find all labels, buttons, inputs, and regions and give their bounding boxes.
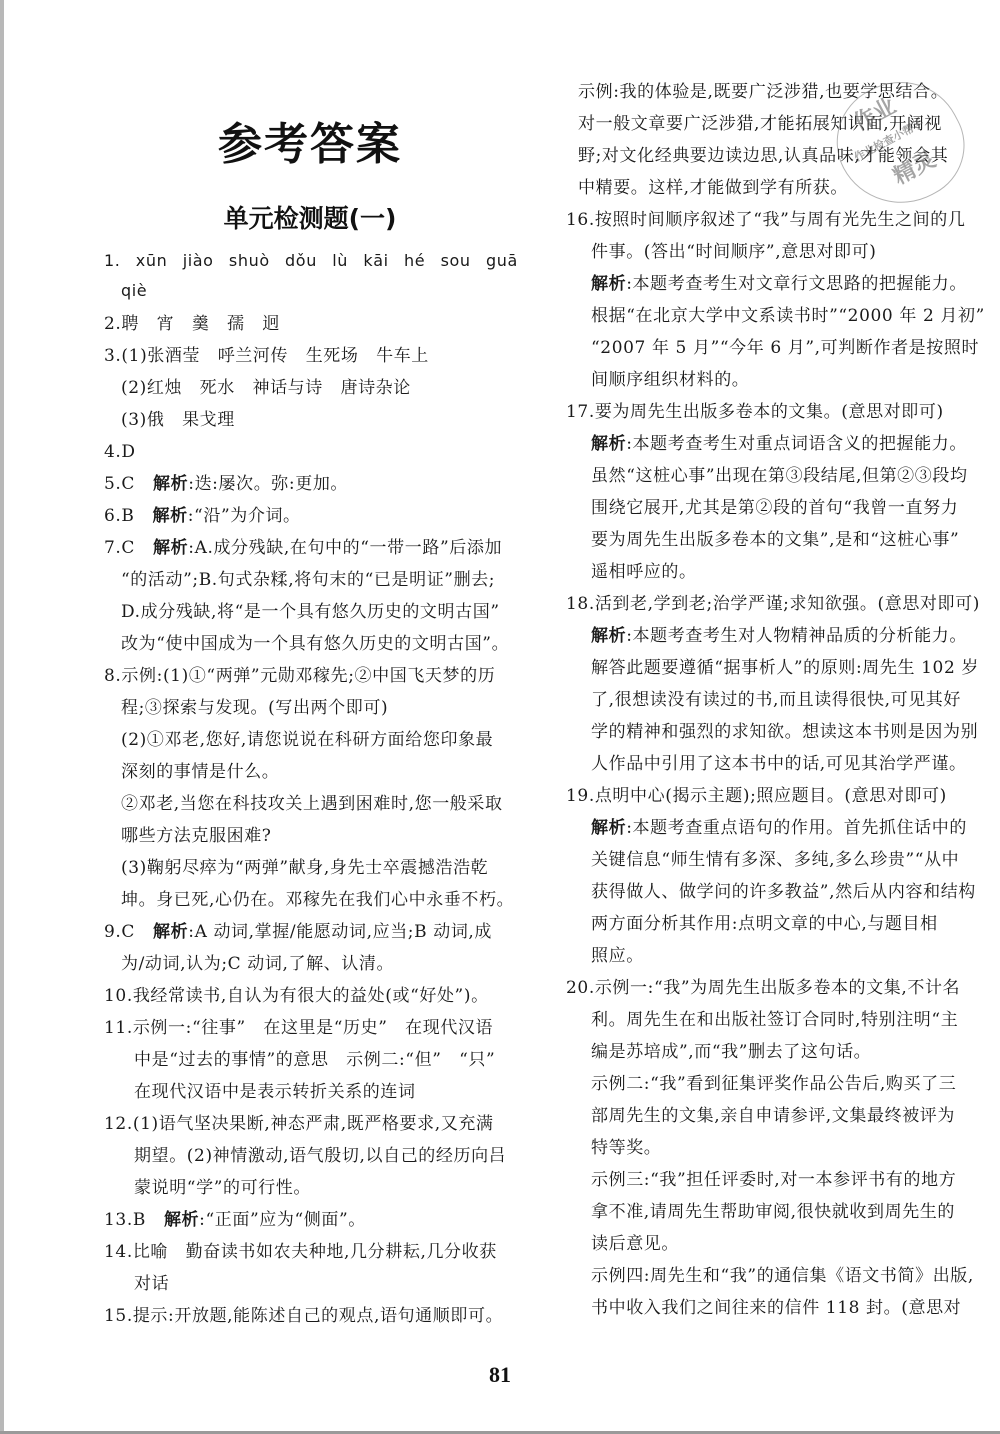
answer-1: 1. xūn jiào shuò dǒu lù kāi hé sou guā [104,250,518,272]
answer-15-example: 示例:我的体验是,既要广泛涉猎,也要学思结合。 [578,81,948,103]
answer-20: 书中收入我们之间往来的信件 118 封。(意思对 [591,1297,961,1319]
answer-10: 10.我经常读书,自认为有很大的益处(或“好处”)。 [104,985,489,1007]
answer-16-analysis: 解析:本题考查考生对文章行文思路的把握能力。 [591,273,967,295]
answer-18-analysis: 解答此题要遵循“据事析人”的原则:周先生 102 岁 [591,657,979,679]
answer-9: 为/动词,认为;C 动词,了解、认清。 [121,953,394,975]
answer-choice: 5.C [104,474,135,494]
analysis-text: :本题考查考生对文章行文思路的把握能力。 [626,274,967,294]
answer-16-analysis: 根据“在北京大学中文系读书时”“2000 年 2 月初” [591,305,985,327]
answer-17-analysis: 虽然“这桩心事”出现在第③段结尾,但第②③段均 [591,465,968,487]
analysis-label: 解析 [591,626,626,646]
pinyin: dǒu [285,250,317,272]
answer-choice: 13.B [104,1210,146,1230]
analysis-label: 解析 [591,434,626,454]
answer-5: 5.C 解析:迭:屡次。弥:更加。 [104,473,348,495]
pinyin: lù [332,250,348,272]
answer-20: 编是苏培成”,而“我”删去了这句话。 [591,1041,871,1063]
answer-3: (3)俄 果戈理 [121,409,235,431]
answer-12: 蒙说明“学”的可行性。 [134,1177,311,1199]
answer-1-cont: qiè [121,280,147,302]
answer-16: 16.按照时间顺序叙述了“我”与周有光先生之间的几 [566,209,965,231]
analysis-label: 解析 [153,506,188,526]
analysis-label: 解析 [591,274,626,294]
answer-16: 件事。(答出“时间顺序”,意思对即可) [591,241,876,263]
answer-2: 2.聘 宵 羹 孺 迥 [104,313,280,335]
analysis-text: :迭:屡次。弥:更加。 [188,474,348,494]
answer-15-example: 野;对文化经典要边读边思,认真品味,才能领会其 [578,145,948,167]
answer-20: 示例四:周先生和“我”的通信集《语文书简》出版, [591,1265,974,1287]
pinyin: shuò [229,250,270,272]
answer-15: 15.提示:开放题,能陈述自己的观点,语句通顺即可。 [104,1305,503,1327]
analysis-label: 解析 [164,1210,199,1230]
answer-17: 17.要为周先生出版多卷本的文集。(意思对即可) [566,401,944,423]
answer-17-analysis: 解析:本题考查考生对重点词语含义的把握能力。 [591,433,967,455]
answer-20: 利。周先生在和出版社签订合同时,特别注明“主 [591,1009,958,1031]
answer-8: 程;③探索与发现。(写出两个即可) [121,697,388,719]
answer-8: (3)鞠躬尽瘁为“两弹”献身,身先士卒震撼浩浩乾 [121,857,488,879]
page-title: 参考答案 [0,108,620,172]
page-number: 81 [0,1362,1000,1388]
answer-17-analysis: 要为周先生出版多卷本的文集”,是和“这桩心事” [591,529,959,551]
analysis-text: :本题考查重点语句的作用。首先抓住话中的 [626,818,967,838]
answer-8: (2)①邓老,您好,请您说说在科研方面给您印象最 [121,729,493,751]
answer-8: 哪些方法克服困难? [121,825,272,847]
answer-15-example: 对一般文章要广泛涉猎,才能拓展知识面,开阔视 [578,113,942,135]
answer-20: 特等奖。 [591,1137,661,1159]
answer-7: 7.C 解析:A.成分残缺,在句中的“一带一路”后添加 [104,537,502,559]
answer-20: 示例三:“我”担任评委时,对一本参评书有的地方 [591,1169,956,1191]
answer-18-analysis: 人作品中引用了这本书中的话,可见其治学严谨。 [591,753,967,775]
pinyin: guā [486,250,518,272]
answer-11: 11.示例一:“往事” 在这里是“历史” 在现代汉语 [104,1017,493,1039]
question-number: 1. [104,250,120,272]
answer-12: 期望。(2)神情激动,语气殷切,以自己的经历向吕 [134,1145,506,1167]
answer-7: “的活动”;B.句式杂糅,将句末的“已是明证”删去; [121,569,495,591]
answer-15-example: 中精要。这样,才能做到学有所获。 [578,177,848,199]
answer-14: 14.比喻 勤奋读书如农夫种地,几分耕耘,几分收获 [104,1241,497,1263]
answer-20: 部周先生的文集,亲自申请参评,文集最终被评为 [591,1105,955,1127]
pinyin: sou [441,250,471,272]
answer-17-analysis: 遥相呼应的。 [591,561,697,583]
answer-19-analysis: 照应。 [591,945,644,967]
pinyin: kāi [363,250,388,272]
analysis-label: 解析 [153,922,188,942]
pinyin: xūn [136,250,168,272]
answer-4: 4.D [104,441,136,463]
answer-3: (2)红烛 死水 神话与诗 唐诗杂论 [121,377,411,399]
answer-20: 20.示例一:“我”为周先生出版多卷本的文集,不计名 [566,977,960,999]
answer-19-analysis: 解析:本题考查重点语句的作用。首先抓住话中的 [591,817,967,839]
answer-17-analysis: 围绕它展开,尤其是第②段的首句“我曾一直努力 [591,497,958,519]
analysis-label: 解析 [591,818,626,838]
analysis-text: :“正面”应为“侧面”。 [199,1210,366,1230]
answer-choice: 9.C [104,922,135,942]
answer-19-analysis: 获得做人、做学问的许多教益”,然后从内容和结构 [591,881,976,903]
answer-14: 对话 [134,1273,169,1295]
answer-choice: 6.B [104,506,135,526]
answer-20: 拿不准,请周先生帮助审阅,很快就收到周先生的 [591,1201,955,1223]
answer-18-analysis: 学的精神和强烈的求知欲。想读这本书则是因为别 [591,721,978,743]
answer-18: 18.活到老,学到老;治学严谨;求知欲强。(意思对即可) [566,593,980,615]
answer-20: 读后意见。 [591,1233,679,1255]
answer-19: 19.点明中心(揭示主题);照应题目。(意思对即可) [566,785,947,807]
answer-12: 12.(1)语气坚决果断,神态严肃,既严格要求,又充满 [104,1113,494,1135]
answer-7: D.成分残缺,将“是一个具有悠久历史的文明古国” [121,601,500,623]
answer-6: 6.B 解析:“沿”为介词。 [104,505,301,527]
pinyin: hé [404,250,425,272]
answer-18-analysis: 解析:本题考查考生对人物精神品质的分析能力。 [591,625,967,647]
section-title: 单元检测题(一) [0,199,620,235]
analysis-text: :A.成分残缺,在句中的“一带一路”后添加 [188,538,502,558]
answer-13: 13.B 解析:“正面”应为“侧面”。 [104,1209,366,1231]
answer-19-analysis: 关键信息“师生情有多深、多纯,多么珍贵”“从中 [591,849,959,871]
answer-choice: 7.C [104,538,135,558]
analysis-text: :本题考查考生对人物精神品质的分析能力。 [626,626,967,646]
pinyin: jiào [183,250,214,272]
analysis-label: 解析 [153,538,188,558]
answer-19-analysis: 两方面分析其作用:点明文章的中心,与题目相 [591,913,938,935]
analysis-text: :本题考查考生对重点词语含义的把握能力。 [626,434,967,454]
answer-16-analysis: “2007 年 5 月”“今年 6 月”,可判断作者是按照时 [591,337,979,359]
analysis-label: 解析 [153,474,188,494]
answer-11: 中是“过去的事情”的意思 示例二:“但” “只” [134,1049,495,1071]
answer-8: 坤。身已死,心仍在。邓稼先在我们心中永垂不朽。 [121,889,514,911]
answer-8: 深刻的事情是什么。 [121,761,279,783]
answer-7: 改为“使中国成为一个具有悠久历史的文明古国”。 [121,633,509,655]
answer-18-analysis: 了,很想读没有读过的书,而且读得很快,可见其好 [591,689,961,711]
analysis-text: :“沿”为介词。 [188,506,301,526]
answer-9: 9.C 解析:A 动词,掌握/能愿动词,应当;B 动词,成 [104,921,492,943]
answer-3: 3.(1)张酒莹 呼兰河传 生死场 牛车上 [104,345,429,367]
answer-16-analysis: 间顺序组织材料的。 [591,369,749,391]
answer-8: 8.示例:(1)①“两弹”元勋邓稼先;②中国飞天梦的历 [104,665,495,687]
analysis-text: :A 动词,掌握/能愿动词,应当;B 动词,成 [188,922,492,942]
answer-8: ②邓老,当您在科技攻关上遇到困难时,您一般采取 [121,793,503,815]
answer-11: 在现代汉语中是表示转折关系的连词 [134,1081,416,1103]
answer-20: 示例二:“我”看到征集评奖作品公告后,购买了三 [591,1073,956,1095]
